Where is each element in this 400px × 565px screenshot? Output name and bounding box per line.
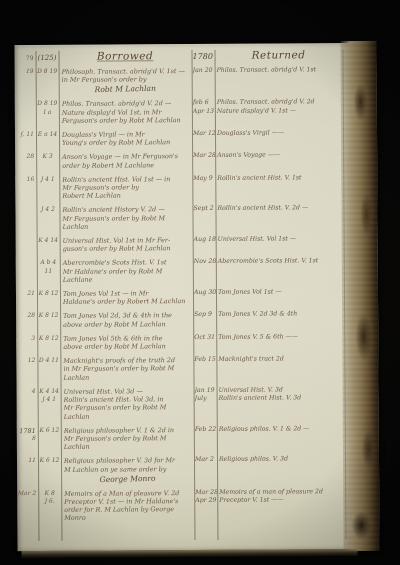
ledger-rows: 19 D 8 19 Philosoph. Transact. abridg'd … [15,66,346,523]
shelfmark: K 3 [36,153,59,170]
shelfmark: D 8 19 I a [36,100,59,125]
borrow-date-fragment: 28 [26,153,34,160]
borrower-signature: Robt M Lachlan [59,83,192,95]
returned-title: Philos. Transact. abridg'd V. 1st [215,66,343,75]
returned-title: Preceptor V. 1st —— [217,496,345,505]
shelfmark: J 4 1 [36,176,59,201]
return-date: Sept 2 [193,205,215,213]
returned-entries: Memoirs of a man of pleasure 2dPreceptor… [217,488,345,522]
shelfmark: A b 4 11 [37,259,60,284]
borrowed-entry: Rollin's ancient Hist. Vol 1st — in Mr F… [59,175,192,200]
date-column-year-fragment: 79 [15,55,36,62]
borrow-date [16,237,37,254]
ledger-entry: 21 K 8 12 Tom Jones Vol 1st — in Mr Hald… [16,288,344,306]
returned-entries: Anson's Voyage —— [215,152,343,169]
ledger-entry: f. 11 E a 14 Douglass's Virgil — in Mr Y… [15,129,343,147]
ledger-entry: 17818 K 6 12 Religious philosopher V. 1 … [17,425,345,452]
return-date: Apr 29 [195,497,217,505]
ledger-entry: 3 K 8 12 Tom Jones Vol 5th & 6th in the … [16,333,344,351]
shelfmark: K 8 12 [37,335,60,352]
ledger-entry: D 8 19 I a Philos. Transact. abridg'd V.… [15,99,343,126]
returned-title: Macknight's tract 2d [216,355,344,364]
shelfmark: K 6 12 [38,427,61,452]
borrow-date [15,100,36,125]
borrow-date-fragment: f. 11 [21,131,35,138]
returned-entries: Tom Jones V. 5 & 6th —— [216,333,344,350]
borrow-date-fragment: 4 [32,388,36,395]
returned-entries: Tom Jones V. 2d 3d & 4th [216,311,344,328]
borrow-date: 3 [16,335,37,352]
ledger-entry: 19 D 8 19 Philosoph. Transact. abridg'd … [15,66,343,94]
borrowed-entry: Universal Hist. Vol 3d — Rollin's ancien… [61,387,194,421]
returned-entries: Rollin's ancient Hist. V. 2d — [215,205,343,230]
borrow-date-fragment: 21 [27,290,35,297]
return-date: Nov 28 [194,258,216,266]
borrow-date-fragment: 16 [27,176,35,183]
returned-title: Tom Jones V. 5 & 6th —— [216,333,344,342]
borrow-date: 12 [16,357,37,382]
return-date: July [195,395,217,403]
return-dates: Sept 2 [192,205,215,230]
borrow-date: 11 [17,457,38,484]
returned-title: Religious philos. V. 3d [217,455,345,464]
returned-title: Universal Hist. Vol 1st — [216,235,344,244]
return-dates: Mar 2 [194,456,217,483]
returned-title: Rollin's ancient Hist. V. 3d [217,394,345,403]
return-date: Sep 9 [194,311,216,319]
shelfmark: E a 14 [36,131,59,148]
return-date: Aug 30 [194,289,216,297]
return-dates: Jan 19July [194,387,217,420]
returned-title: Rollin's ancient Hist. V. 2d — [215,205,343,214]
photo-stage: 79 (125) Borrowed 1780 Returned 19 D 8 1… [0,0,400,565]
returned-title: Religious philos. V. 1 & 2d — [217,425,345,434]
return-date: Jan 19 [195,387,217,395]
borrowed-header: Borrowed [58,50,191,63]
borrow-date: Mar 2 [17,490,38,523]
borrowed-entry: Philos. Transact. abridg'd V. 2d — Natur… [59,99,192,124]
return-dates: Aug 18 [193,236,216,253]
ledger-entry: 11 K 6 12 Religious philosopher V. 3d fo… [17,455,345,483]
borrow-date-fragment: 3 [31,335,35,342]
ledger-entry: 4 K 4 14 J 4 1 Universal Hist. Vol 3d — … [17,386,345,421]
returned-title: Tom Jones Vol 1st — [216,288,344,297]
return-date: feb 6 [193,99,215,107]
returned-entries: Philos. Transact. abridg'd V. 2dNature d… [215,99,343,124]
borrowed-entry: Religious philosopher V. 3d for Mr M Lac… [61,456,194,473]
return-date: Oct 31 [194,334,216,342]
shelfmark: K 8 J 6. [38,490,61,523]
borrow-date [16,259,37,284]
returned-entries: Abercrombie's Scots Hist. V. 1st [216,258,344,283]
borrowed-entry: Macknight's proofs of the truth 2d in Mr… [60,356,193,381]
return-date: Apr 13 [193,107,215,115]
borrow-date [15,206,36,231]
borrowed-entry: Tom Jones Vol 1st — in Mr Haldane's orde… [60,289,193,306]
return-date: Aug 18 [194,236,216,244]
returned-entries: Douglass's Virgil —— [215,129,343,146]
ledger-entry: K 4 14 Universal Hist. Vol 1st in Mr Fer… [16,235,344,253]
returned-entries: Philos. Transact. abridg'd V. 1st [215,66,343,93]
ledger-entry: 28 K 8 12 Tom Jones Vol 2d, 3d & 4th in … [16,311,344,329]
returned-entries: Tom Jones Vol 1st — [216,288,344,305]
shelfmark: D 4 11 [37,357,60,382]
return-dates: Mar 28Apr 29 [194,489,217,522]
returned-entries: Religious philos. V. 1 & 2d — [217,425,345,450]
returned-title: Anson's Voyage —— [215,152,343,161]
return-date: Jan 20 [193,67,215,75]
returned-entries: Rollin's ancient Hist. V. 1st [215,174,343,199]
borrow-date-fragment: 28 [27,312,35,319]
borrow-date: 21 [16,290,37,307]
return-dates: Sep 9 [193,311,216,328]
returned-title: Rollin's ancient Hist. V. 1st [215,174,343,183]
ledger-entry: J 4 2 Rollin's ancient History V. 2d — M… [15,205,343,232]
borrow-date-fragment: 12 [28,357,36,364]
returned-entries: Macknight's tract 2d [216,355,344,380]
return-dates: Feb 22 [194,426,217,451]
shelfmark: K 8 12 [37,312,60,329]
returned-entries: Religious philos. V. 3d [217,455,345,482]
ledger-entry: 16 J 4 1 Rollin's ancient Hist. Vol 1st … [15,174,343,201]
returned-title: Nature display'd V. 1st — [215,107,343,116]
return-dates: Nov 28 [193,258,216,283]
year-marker: 1781 [17,427,36,435]
borrow-date-fragment: 11 [28,457,36,464]
borrowed-entry: Memoirs of a Man of pleasure V. 2d Prece… [61,489,194,523]
return-dates: May 9 [192,175,215,200]
borrow-date: 28 [16,312,37,329]
book-fore-edge [340,41,379,551]
borrowed-entry: Tom Jones Vol 5th & 6th in the above ord… [60,334,193,351]
return-date: Feb 22 [195,426,217,434]
return-date: May 9 [193,175,215,183]
return-date: Mar 28 [195,489,217,497]
manuscript-page: 79 (125) Borrowed 1780 Returned 19 D 8 1… [14,43,379,551]
borrow-date: 19 [15,68,36,95]
return-dates: Aug 30 [193,289,216,306]
shelfmark: K 8 12 [37,290,60,307]
borrow-date: 16 [15,176,36,201]
ledger-entry: 28 K 3 Anson's Voyage — in Mr Ferguson's… [15,152,343,170]
borrow-date: f. 11 [15,131,36,148]
shelfmark: D 8 19 [36,68,59,95]
return-dates: feb 6Apr 13 [192,99,215,124]
borrow-date-fragment: Mar 2 [18,490,36,497]
shelfmark: K 4 14 J 4 1 [38,388,61,421]
borrowed-entry: Philosoph. Transact. abridg'd V. 1st — i… [59,67,192,84]
borrowed-entry: Douglass's Virgil — in Mr Young's order … [59,130,192,147]
borrow-date-fragment: 19 [26,68,34,75]
ledger: 79 (125) Borrowed 1780 Returned 19 D 8 1… [14,49,345,545]
borrowed-entry: Rollin's ancient History V. 2d — Mr Ferg… [59,205,192,230]
ledger-entry: 12 D 4 11 Macknight's proofs of the trut… [16,355,344,382]
borrowed-entry: Anson's Voyage — in Mr Ferguson's order … [59,152,192,169]
return-dates: Mar 28 [192,152,215,169]
shelfmark: K 6 12 [38,457,61,484]
return-date: Mar 28 [193,152,215,160]
returned-entries: Universal Hist. Vol 1st — [216,235,344,252]
return-date: Mar 12 [193,130,215,138]
returned-header: Returned [214,49,342,62]
borrow-date: 17818 [17,427,38,452]
returned-year: 1780 [192,52,215,61]
return-dates: Feb 15 [193,356,216,381]
ledger-header: 79 (125) Borrowed 1780 Returned [14,49,342,66]
return-date: Feb 15 [194,356,216,364]
borrowed-entry: Religious philosopher V. 1 & 2d in Mr Fe… [61,426,194,451]
return-dates: Oct 31 [193,334,216,351]
returned-title: Abercrombie's Scots Hist. V. 1st [216,258,344,267]
shelfmark: K 4 14 [37,237,60,254]
borrow-date-fragment: 8 [32,435,36,442]
returned-title: Douglass's Virgil —— [215,129,343,138]
return-date: Mar 2 [195,456,217,464]
borrow-date: 4 [17,388,38,421]
page-number: (125) [36,54,59,62]
borrow-date: 28 [15,153,36,170]
ledger-entry: Mar 2 K 8 J 6. Memoirs of a Man of pleas… [17,488,345,523]
ledger-entry: A b 4 11 Abercrombie's Scots Hist. V. 1s… [16,258,344,285]
return-dates: Mar 12 [192,130,215,147]
borrowed-entry: Tom Jones Vol 2d, 3d & 4th in the above … [60,311,193,328]
borrower-signature: George Monro [61,473,194,485]
borrowed-entry: Abercrombie's Scots Hist. V. 1st Mr Hald… [60,258,193,283]
return-dates: Jan 20 [192,67,215,94]
shelfmark: J 4 2 [36,206,59,231]
returned-title: Tom Jones V. 2d 3d & 4th [216,311,344,320]
borrowed-entry: Universal Hist. Vol 1st in Mr Fer- guson… [60,236,193,253]
returned-entries: Universal Hist. V. 3dRollin's ancient Hi… [217,386,345,420]
